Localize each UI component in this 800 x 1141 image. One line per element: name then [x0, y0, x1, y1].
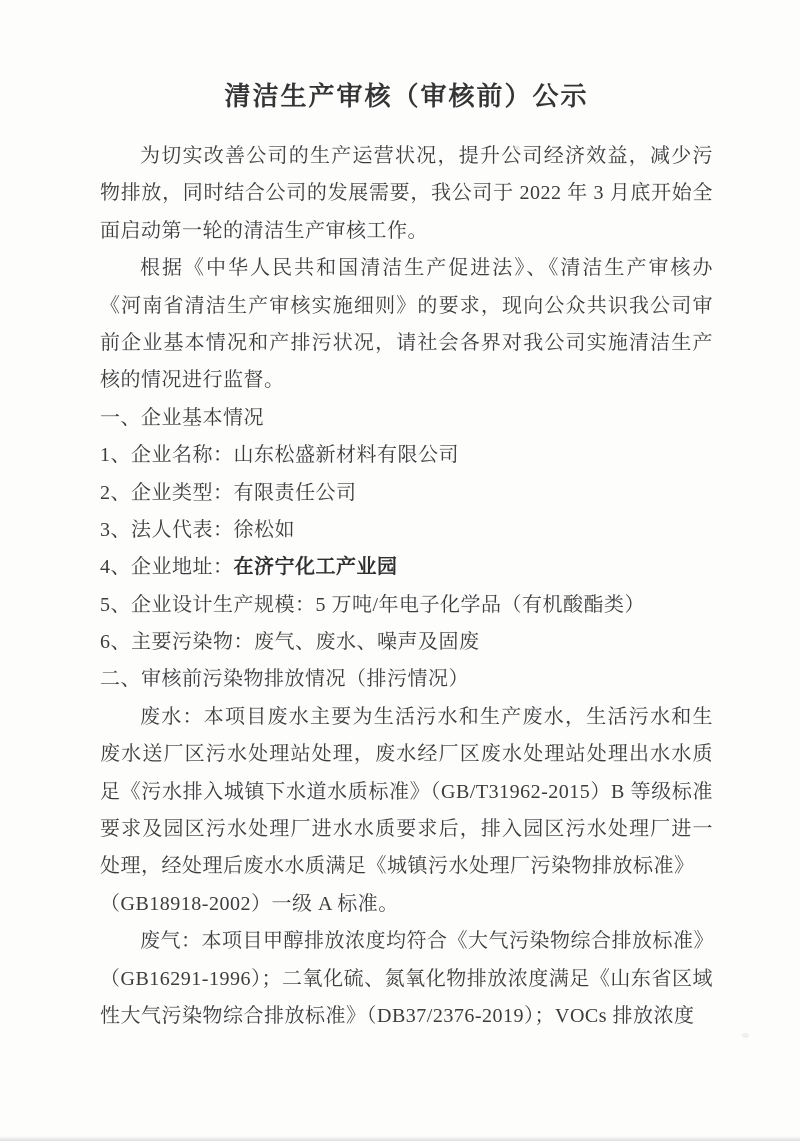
intro-p2-line-2: 《河南省清洁生产审核实施细则》的要求，现向公众共识我公司审核 — [100, 288, 713, 325]
item-legal-representative: 3、法人代表：徐松如 — [100, 512, 713, 549]
intro-p2-line-3: 前企业基本情况和产排污状况，请社会各界对我公司实施清洁生产审 — [100, 325, 713, 362]
item-company-name-label: 1、企业名称： — [100, 444, 234, 466]
item-main-pollutants-label: 6、主要污染物： — [100, 631, 254, 653]
document-title: 清洁生产审核（审核前）公示 — [100, 78, 713, 116]
scan-speck — [742, 1033, 749, 1038]
wastewater-line-1: 废水：本项目废水主要为生活污水和生产废水，生活污水和生产 — [100, 699, 713, 736]
waste-gas-line-1: 废气：本项目甲醇排放浓度均符合《大气污染物综合排放标准》 — [100, 923, 713, 960]
intro-p1-line-3: 面启动第一轮的清洁生产审核工作。 — [100, 213, 713, 250]
section2-heading: 二、审核前污染物排放情况（排污情况） — [100, 661, 713, 698]
wastewater-line-2: 废水送厂区污水处理站处理，废水经厂区废水处理站处理出水水质满 — [100, 736, 713, 773]
wastewater-line-6: （GB18918-2002）一级 A 标准。 — [100, 886, 713, 923]
scanned-document-page: 清洁生产审核（审核前）公示 为切实改善公司的生产运营状况，提升公司经济效益，减少… — [0, 0, 800, 1141]
section1-heading: 一、企业基本情况 — [100, 400, 713, 437]
waste-gas-line-3: 性大气污染物综合排放标准》（DB37/2376-2019）；VOCs 排放浓度 — [100, 998, 713, 1035]
item-company-address-label: 4、企业地址： — [100, 556, 234, 578]
item-legal-representative-value: 徐松如 — [234, 519, 296, 541]
scan-speck — [514, 146, 520, 150]
wastewater-line-4: 要求及园区污水处理厂进水水质要求后，排入园区污水处理厂进一步 — [100, 811, 713, 848]
item-main-pollutants: 6、主要污染物：废气、废水、噪声及固废 — [100, 624, 713, 661]
scan-page-edge — [0, 1136, 800, 1141]
item-company-address: 4、企业地址：在济宁化工产业园 — [100, 549, 713, 586]
intro-p2-line-1: 根据《中华人民共和国清洁生产促进法》、《清洁生产审核办法》、 — [100, 250, 713, 287]
waste-gas-line-2: （GB16291-1996）；二氧化硫、氮氧化物排放浓度满足《山东省区域 — [100, 961, 713, 998]
item-company-name: 1、企业名称：山东松盛新材料有限公司 — [100, 437, 713, 474]
intro-p1-line-1: 为切实改善公司的生产运营状况，提升公司经济效益，减少污染 — [100, 138, 713, 175]
item-main-pollutants-value: 废气、废水、噪声及固废 — [254, 631, 480, 653]
wastewater-line-5: 处理，经处理后废水水质满足《城镇污水处理厂污染物排放标准》 — [100, 848, 713, 885]
item-production-scale-label: 5、企业设计生产规模： — [100, 594, 316, 616]
item-production-scale-value: 5 万吨/年电子化学品（有机酸酯类） — [316, 594, 646, 616]
item-company-type: 2、企业类型：有限责任公司 — [100, 475, 713, 512]
wastewater-line-3: 足《污水排入城镇下水道水质标准》（GB/T31962-2015）B 等级标准 — [100, 774, 713, 811]
intro-p1-line-2: 物排放，同时结合公司的发展需要，我公司于 2022 年 3 月底开始全 — [100, 175, 713, 212]
item-company-type-value: 有限责任公司 — [234, 482, 357, 504]
item-company-name-value: 山东松盛新材料有限公司 — [234, 444, 460, 466]
intro-p2-line-4: 核的情况进行监督。 — [100, 362, 713, 399]
item-company-type-label: 2、企业类型： — [100, 482, 234, 504]
item-company-address-value: 在济宁化工产业园 — [234, 556, 398, 578]
item-legal-representative-label: 3、法人代表： — [100, 519, 234, 541]
item-production-scale: 5、企业设计生产规模：5 万吨/年电子化学品（有机酸酯类） — [100, 587, 713, 624]
